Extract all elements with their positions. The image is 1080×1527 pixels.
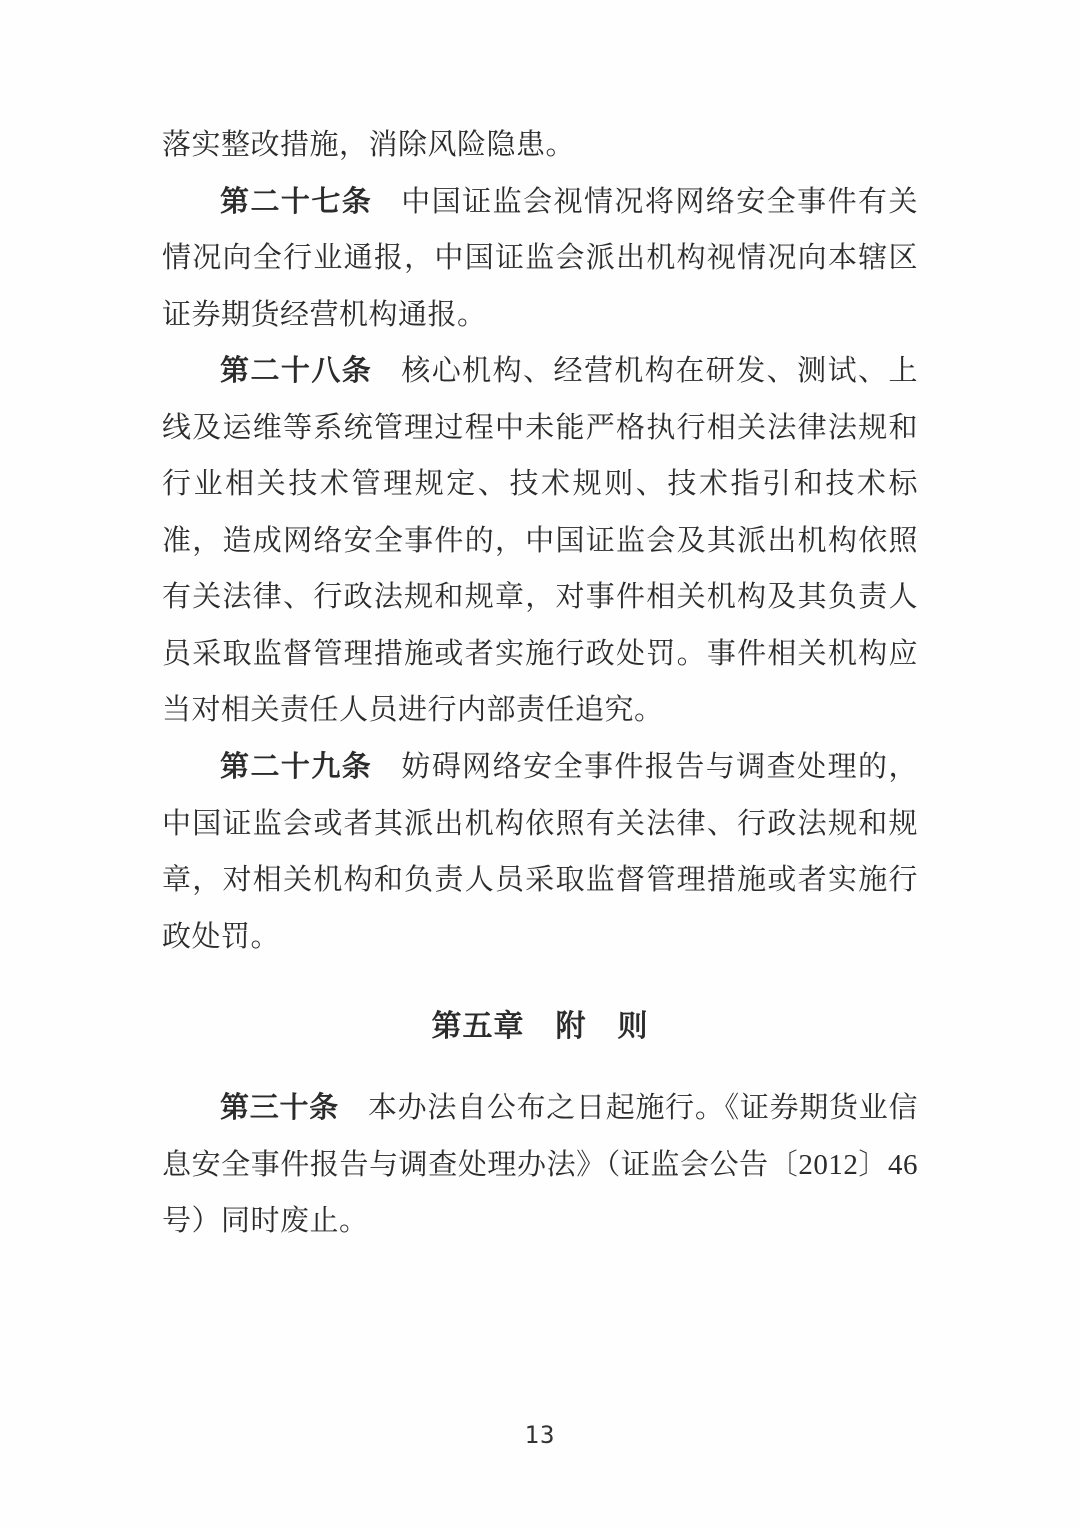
article-number: 第三十条 bbox=[220, 1092, 339, 1124]
paragraph-article-29: 第二十九条妨碍网络安全事件报告与调查处理的，中国证监会或者其派出机构依照有关法律… bbox=[162, 739, 918, 965]
article-number: 第二十七条 bbox=[220, 186, 372, 218]
paragraph-text: 落实整改措施，消除风险隐患。 bbox=[162, 129, 575, 161]
chapter-heading-text: 第五章 附 则 bbox=[432, 1010, 649, 1043]
paragraph-article-27: 第二十七条中国证监会视情况将网络安全事件有关情况向全行业通报，中国证监会派出机构… bbox=[162, 174, 918, 344]
paragraph-continuation: 落实整改措施，消除风险隐患。 bbox=[162, 117, 918, 174]
paragraph-text: 核心机构、经营机构在研发、测试、上线及运维等系统管理过程中未能严格执行相关法律法… bbox=[162, 355, 918, 726]
paragraph-article-30: 第三十条本办法自公布之日起施行。《证券期货业信息安全事件报告与调查处理办法》（证… bbox=[162, 1080, 918, 1250]
article-number: 第二十八条 bbox=[220, 355, 372, 387]
paragraph-article-28: 第二十八条核心机构、经营机构在研发、测试、上线及运维等系统管理过程中未能严格执行… bbox=[162, 343, 918, 739]
chapter-heading: 第五章 附 则 bbox=[162, 998, 918, 1055]
document-page: 落实整改措施，消除风险隐患。 第二十七条中国证监会视情况将网络安全事件有关情况向… bbox=[0, 0, 1080, 1527]
article-number: 第二十九条 bbox=[220, 751, 372, 783]
page-number: 13 bbox=[0, 1421, 1080, 1449]
document-body: 落实整改措施，消除风险隐患。 第二十七条中国证监会视情况将网络安全事件有关情况向… bbox=[162, 117, 918, 1250]
